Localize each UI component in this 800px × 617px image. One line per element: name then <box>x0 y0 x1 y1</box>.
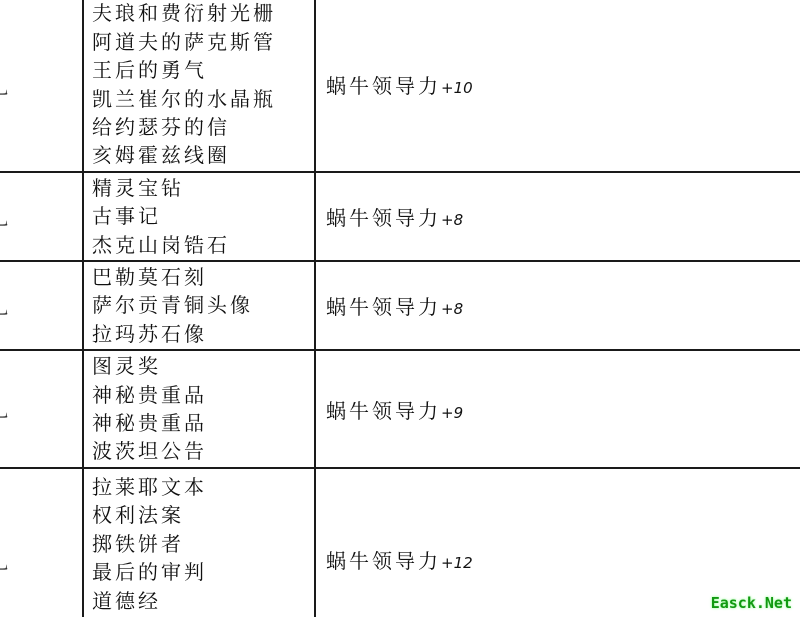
row-label-fragment: 乚 <box>0 397 10 423</box>
list-item: 巴勒莫石刻 <box>92 263 314 291</box>
bonus-value: +10 <box>441 79 473 97</box>
bonus-label: 蜗牛领导力 <box>326 549 441 573</box>
table-row: 乚 图灵奖 神秘贵重品 神秘贵重品 波茨坦公告 蜗牛领导力+9 <box>0 351 800 469</box>
bonus-text: 蜗牛领导力+8 <box>326 291 463 320</box>
items-cell: 巴勒莫石刻 萨尔贡青铜头像 拉玛苏石像 <box>86 262 316 349</box>
row-label-cell: 乚 <box>0 351 84 467</box>
list-item: 夫琅和费衍射光栅 <box>92 0 314 28</box>
items-cell: 图灵奖 神秘贵重品 神秘贵重品 波茨坦公告 <box>86 351 316 467</box>
row-label-cell: 乚 <box>0 173 84 260</box>
list-item: 萨尔贡青铜头像 <box>92 291 314 319</box>
bonus-cell: 蜗牛领导力+9 <box>318 351 800 467</box>
row-label-cell: 乚 <box>0 262 84 349</box>
list-item: 神秘贵重品 <box>92 409 314 437</box>
bonus-value: +9 <box>441 404 463 422</box>
list-item: 掷铁饼者 <box>92 530 314 558</box>
list-item: 拉莱耶文本 <box>92 473 314 501</box>
bonus-value: +8 <box>441 211 463 229</box>
list-item: 凯兰崔尔的水晶瓶 <box>92 85 314 113</box>
table-row: 乚 精灵宝钻 古事记 杰克山岗锆石 蜗牛领导力+8 <box>0 173 800 262</box>
bonus-text: 蜗牛领导力+9 <box>326 395 463 424</box>
list-item: 最后的审判 <box>92 558 314 586</box>
list-item: 王后的勇气 <box>92 56 314 84</box>
bonus-label: 蜗牛领导力 <box>326 295 441 319</box>
bonus-text: 蜗牛领导力+8 <box>326 202 463 231</box>
items-cell: 精灵宝钻 古事记 杰克山岗锆石 <box>86 173 316 260</box>
list-item: 精灵宝钻 <box>92 174 314 202</box>
bonus-value: +12 <box>441 554 473 572</box>
bonus-cell: 蜗牛领导力+10 <box>318 0 800 171</box>
list-item: 亥姆霍兹线圈 <box>92 141 314 169</box>
site-watermark: Easck.Net <box>709 593 794 613</box>
row-label-fragment: 乚 <box>0 205 10 231</box>
bonus-label: 蜗牛领导力 <box>326 74 441 98</box>
row-label-fragment: 乚 <box>0 74 10 100</box>
bonus-cell: 蜗牛领导力+8 <box>318 173 800 260</box>
list-item: 杰克山岗锆石 <box>92 231 314 259</box>
list-item: 波茨坦公告 <box>92 437 314 465</box>
items-cell: 夫琅和费衍射光栅 阿道夫的萨克斯管 王后的勇气 凯兰崔尔的水晶瓶 给约瑟芬的信 … <box>86 0 316 171</box>
list-item: 图灵奖 <box>92 352 314 380</box>
list-item: 阿道夫的萨克斯管 <box>92 28 314 56</box>
list-item: 古事记 <box>92 202 314 230</box>
table-row: 乚 拉莱耶文本 权利法案 掷铁饼者 最后的审判 道德经 蜗牛领导力+12 <box>0 469 800 617</box>
table-row: 乚 夫琅和费衍射光栅 阿道夫的萨克斯管 王后的勇气 凯兰崔尔的水晶瓶 给约瑟芬的… <box>0 0 800 173</box>
row-label-cell: 乚 <box>0 0 84 171</box>
list-item: 神秘贵重品 <box>92 381 314 409</box>
row-label-fragment: 乚 <box>0 294 10 320</box>
bonus-text: 蜗牛领导力+10 <box>326 70 473 99</box>
row-label-fragment: 乚 <box>0 549 10 575</box>
items-cell: 拉莱耶文本 权利法案 掷铁饼者 最后的审判 道德经 <box>86 469 316 617</box>
bonus-text: 蜗牛领导力+12 <box>326 545 473 574</box>
list-item: 拉玛苏石像 <box>92 320 314 348</box>
bonus-value: +8 <box>441 300 463 318</box>
row-label-cell: 乚 <box>0 469 84 617</box>
list-item: 给约瑟芬的信 <box>92 113 314 141</box>
bonus-label: 蜗牛领导力 <box>326 206 441 230</box>
bonus-cell: 蜗牛领导力+8 <box>318 262 800 349</box>
table-row: 乚 巴勒莫石刻 萨尔贡青铜头像 拉玛苏石像 蜗牛领导力+8 <box>0 262 800 351</box>
list-item: 道德经 <box>92 587 314 615</box>
bonus-label: 蜗牛领导力 <box>326 399 441 423</box>
list-item: 权利法案 <box>92 501 314 529</box>
